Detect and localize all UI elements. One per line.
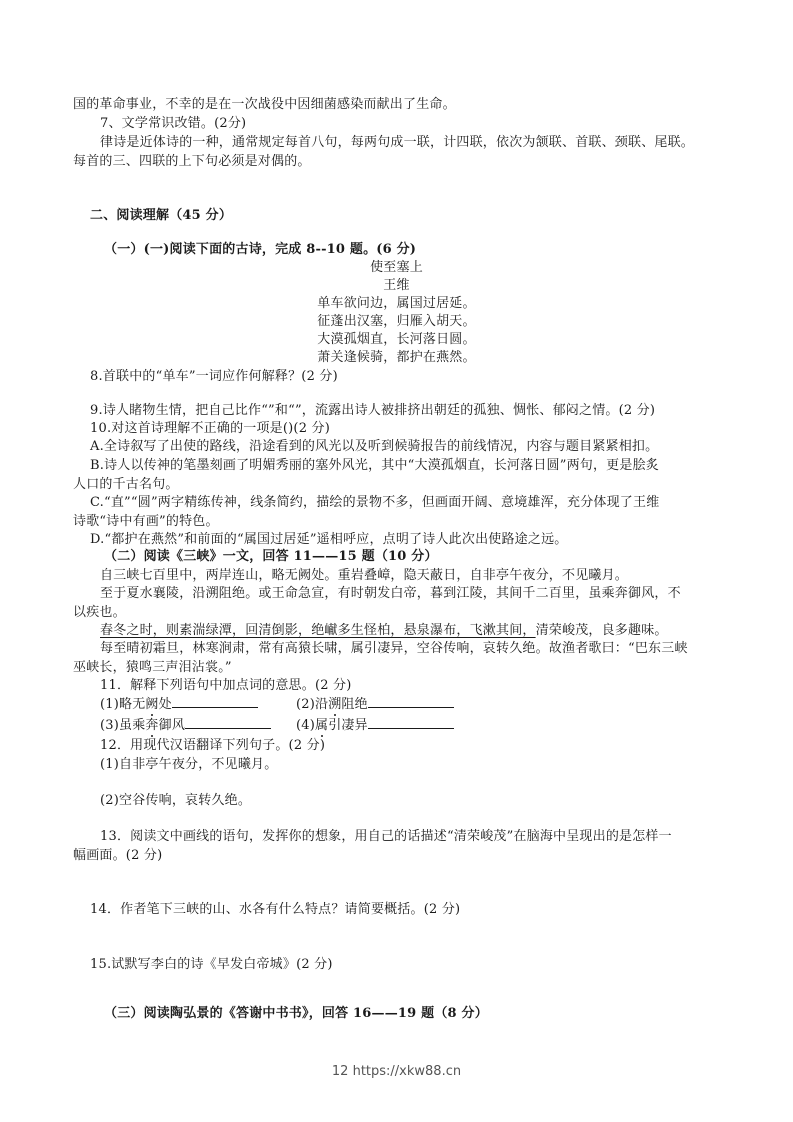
- dotted-char: 属: [315, 718, 328, 733]
- passage-p3-rest: 清荣峻茂，良多趣味。: [536, 623, 668, 638]
- passage-p2-line1: 至于夏水襄陵，沿溯阻绝。或王命急宣，有时朝发白帝，暮到江陵，其间千二百里，虽乘奔…: [100, 585, 681, 602]
- question-12: 12．用现代汉语翻译下列句子。(2 分): [100, 737, 325, 754]
- question-12-2: (2)空谷传响，哀转久绝。: [100, 792, 251, 809]
- option-b-line1: B.诗人以传神的笔墨刻画了明媚秀丽的塞外风光，其中“大漠孤烟直，长河落日圆”两句…: [90, 457, 659, 474]
- poem-line-2: 征蓬出汉塞，归雁入胡天。: [0, 313, 793, 330]
- poem-title: 使至塞上: [0, 259, 793, 276]
- dotted-char: 溯: [328, 697, 341, 712]
- answer-blank[interactable]: [368, 695, 454, 708]
- question-7-body-line2: 每首的三、四联的上下句必须是对偶的。: [73, 153, 311, 170]
- dotted-char: 阙: [145, 697, 158, 712]
- passage-p4-line1: 每至晴初霜旦，林寒涧肃，常有高猿长啸，属引凄异，空谷传响，哀转久绝。故渔者歌曰：…: [100, 640, 688, 657]
- question-13-line2: 幅画面。(2 分): [73, 847, 162, 864]
- passage-p4-line2: 巫峡长，猿鸣三声泪沾裳。”: [73, 659, 232, 676]
- underlined-sentence: 春冬之时，则素湍绿潭，回清倒影，绝𪩘多生怪柏，悬泉瀑布，飞漱其间，: [100, 623, 536, 638]
- q11-item-1: (1)略无阙处: [100, 695, 258, 713]
- poem-line-4: 萧关逢候骑，都护在燕然。: [0, 349, 793, 366]
- question-11: 11．解释下列语句中加点词的意思。(2 分): [100, 677, 352, 694]
- dotted-char: 奔: [145, 718, 158, 733]
- answer-blank[interactable]: [172, 695, 258, 708]
- page-number: 12: [332, 1064, 349, 1079]
- subsection-2-title: （二）阅读《三峡》一文，回答 11——15 题（10 分）: [104, 548, 438, 565]
- subsection-1-title: （一）(一)阅读下面的古诗，完成 8--10 题。(6 分): [104, 241, 416, 258]
- section-title-reading: 二、阅读理解（45 分）: [90, 207, 232, 224]
- question-12-1: (1)自非亭午夜分，不见曦月。: [100, 756, 277, 773]
- paragraph-carryover: 国的革命事业，不幸的是在一次战役中因细菌感染而献出了生命。: [73, 96, 456, 113]
- question-7-body-line1: 律诗是近体诗的一种，通常规定每首八句，每两句成一联，计四联，依次为颔联、首联、颈…: [100, 134, 694, 151]
- answer-blank[interactable]: [185, 716, 271, 729]
- option-c-line1: C.“直”“圆”两字精练传神，线条简约，描绘的景物不多，但画面开阔、意境雄浑，充…: [90, 494, 659, 511]
- subsection-3-title: （三）阅读陶弘景的《答谢中书书》，回答 16——19 题（8 分）: [104, 1005, 488, 1022]
- question-13-line1: 13．阅读文中画线的语句，发挥你的想象，用自己的话描述“清荣峻茂”在脑海中呈现出…: [100, 828, 672, 845]
- footer-url[interactable]: https://xkw88.cn: [353, 1064, 462, 1079]
- page-footer: 12 https://xkw88.cn: [0, 1064, 793, 1079]
- poem-line-3: 大漠孤烟直，长河落日圆。: [0, 331, 793, 348]
- poem-line-1: 单车欲问边，属国过居延。: [0, 295, 793, 312]
- q11-item-3: (3)虽乘奔御风: [100, 716, 271, 734]
- q11-item-2: (2)沿溯阻绝: [296, 695, 454, 713]
- question-9: 9.诗人睹物生情，把自己比作“”和“”，流露出诗人被排挤出朝廷的孤独、惆怅、郁闷…: [90, 402, 655, 419]
- option-b-line2: 人口的千古名句。: [73, 476, 179, 493]
- option-d: D.“都护在燕然”和前面的“属国过居延”遥相呼应，点明了诗人此次出使路途之远。: [90, 531, 567, 548]
- poem-author: 王维: [0, 277, 793, 294]
- passage-p2-line2: 以疾也。: [73, 604, 126, 621]
- question-8: 8.首联中的“单车”一词应作何解释？(2 分): [90, 368, 338, 385]
- question-15: 15.试默写李白的诗《早发白帝城》(2 分): [90, 956, 333, 973]
- passage-p1: 自三峡七百里中，两岸连山，略无阙处。重岩叠嶂，隐天蔽日，自非亭午夜分，不见曦月。: [100, 567, 628, 584]
- question-7-title: 7、文学常识改错。(2分): [100, 115, 246, 132]
- question-14: 14．作者笔下三峡的山、水各有什么特点？请简要概括。(2 分): [90, 901, 460, 918]
- answer-blank[interactable]: [368, 716, 454, 729]
- option-c-line2: 诗歌“诗中有画”的特色。: [73, 513, 219, 530]
- passage-p3: 春冬之时，则素湍绿潭，回清倒影，绝𪩘多生怪柏，悬泉瀑布，飞漱其间，清荣峻茂，良多…: [100, 622, 668, 639]
- option-a: A.全诗叙写了出使的路线，沿途看到的风光以及听到候骑报告的前线情况，内容与题目紧…: [90, 438, 658, 455]
- q11-item-4: (4)属引凄异: [296, 716, 454, 734]
- question-10: 10.对这首诗理解不正确的一项是()(2 分): [90, 420, 330, 437]
